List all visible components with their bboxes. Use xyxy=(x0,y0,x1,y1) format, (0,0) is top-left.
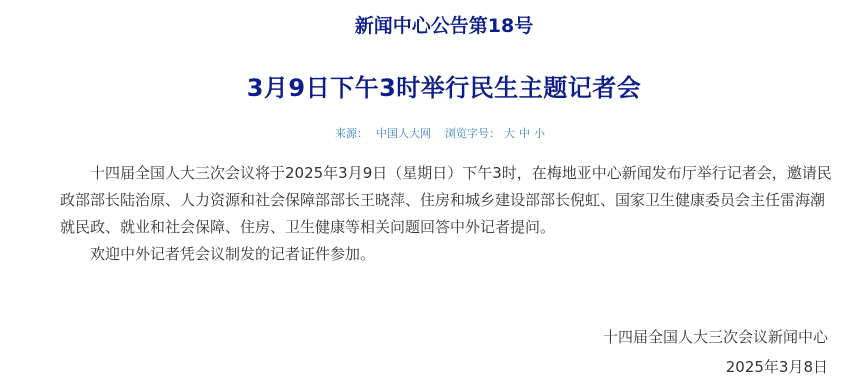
article-meta: 来源：中国人大网浏览字号：大中小 xyxy=(335,125,545,141)
paragraph: 欢迎中外记者凭会议制发的记者证件参加。 xyxy=(60,241,836,268)
page-title: 3月9日下午3时举行民生主题记者会 xyxy=(0,68,856,103)
font-size-large-button[interactable]: 大 xyxy=(504,125,515,141)
font-size-label: 浏览字号： xyxy=(445,125,500,141)
paragraph: 十四届全国人大三次会议将于2025年3月9日（星期日）下午3时，在梅地亚中心新闻… xyxy=(60,160,836,241)
font-size-small-button[interactable]: 小 xyxy=(534,125,545,141)
signature-date: 2025年3月8日 xyxy=(603,352,828,381)
notice-number: 新闻中心公告第18号 xyxy=(0,11,856,38)
source-value: 中国人大网 xyxy=(376,125,431,141)
article-body: 十四届全国人大三次会议将于2025年3月9日（星期日）下午3时，在梅地亚中心新闻… xyxy=(60,160,836,268)
source-label: 来源： xyxy=(335,125,368,141)
signature-organization: 十四届全国人大三次会议新闻中心 xyxy=(603,322,828,352)
font-size-medium-button[interactable]: 中 xyxy=(519,125,530,141)
signature-block: 十四届全国人大三次会议新闻中心 2025年3月8日 xyxy=(603,322,828,381)
